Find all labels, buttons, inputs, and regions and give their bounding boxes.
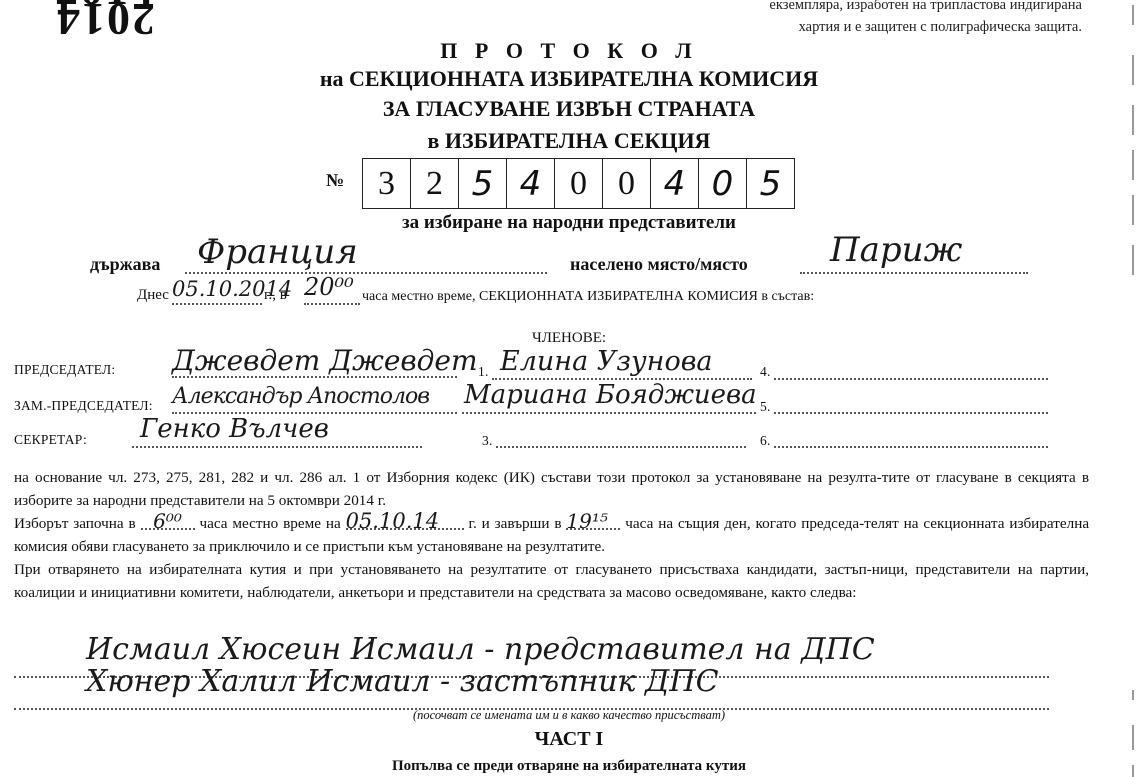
protocol-title-line2: на СЕКЦИОННАТА ИЗБИРАТЕЛНА КОМИСИЯ xyxy=(0,66,1138,92)
place-value: Париж xyxy=(830,230,962,270)
member-3-field[interactable] xyxy=(496,434,746,448)
chairman-value: Джевдет Джевдет xyxy=(172,344,478,377)
date-prefix: Днес xyxy=(137,287,169,304)
start-text: Изборът започна в xyxy=(14,515,136,532)
protocol-title: П Р О Т О К О Л xyxy=(0,38,1138,64)
scan-edge-mark xyxy=(1132,690,1134,700)
deputy-value: Александър Апостолов xyxy=(172,384,429,409)
scan-edge-mark xyxy=(1132,105,1134,135)
deputy-label: ЗАМ.-ПРЕДСЕДАТЕЛ: xyxy=(14,398,153,414)
section-digit-box[interactable]: 2 xyxy=(411,159,459,208)
member-num: 1. xyxy=(478,364,489,380)
attendance-paragraph: При отварянето на избирателната кутия и … xyxy=(14,558,1089,604)
corner-note-line: екземпляра, изработен на трипластова инд… xyxy=(769,0,1082,16)
legal-basis-paragraph: на основание чл. 273, 275, 281, 282 и чл… xyxy=(14,466,1089,512)
section-digit-box[interactable]: 0 xyxy=(699,159,747,208)
section-digit-box[interactable]: 0 xyxy=(555,159,603,208)
protocol-title-line3: ЗА ГЛАСУВАНЕ ИЗВЪН СТРАНАТА xyxy=(0,96,1138,122)
place-field[interactable]: Париж xyxy=(800,252,1028,274)
voting-times-paragraph: Изборът започна в 6⁰⁰ часа местно време … xyxy=(14,512,1089,558)
corner-note-line: хартия и е защитен с полиграфическа защи… xyxy=(769,16,1082,38)
chairman-label: ПРЕДСЕДАТЕЛ: xyxy=(14,362,115,378)
attendee-line-2[interactable]: Хюнер Халил Исмаил - застъпник ДПС xyxy=(14,690,1049,710)
members-heading: ЧЛЕНОВЕ: xyxy=(0,330,1138,347)
end-time-field[interactable]: 19¹⁵ xyxy=(566,514,620,530)
member-1-value: Елина Узунова xyxy=(500,346,713,377)
time-value: 20⁰⁰ xyxy=(304,273,354,301)
part-title: ЧАСТ I xyxy=(0,728,1138,751)
scan-edge-mark xyxy=(1132,150,1134,180)
protocol-title-line4: в ИЗБИРАТЕЛНА СЕКЦИЯ xyxy=(0,128,1138,154)
section-digit-box[interactable]: 3 xyxy=(363,159,411,208)
place-label: населено място/място xyxy=(570,254,748,275)
scan-edge-mark xyxy=(1132,5,1134,25)
scan-edge-mark xyxy=(1132,245,1134,275)
member-1-field[interactable]: Елина Узунова xyxy=(492,364,752,380)
country-value: Франция xyxy=(197,232,358,272)
part-subtitle: Попълва се преди отваряне на избирателна… xyxy=(0,758,1138,775)
country-field[interactable]: Франция xyxy=(185,252,547,274)
member-5-field[interactable] xyxy=(774,400,1048,414)
section-digit-box[interactable]: 4 xyxy=(507,159,555,208)
member-num: 6. xyxy=(760,433,771,449)
secretary-label: СЕКРЕТАР: xyxy=(14,432,87,448)
section-digit-box[interactable]: 4 xyxy=(651,159,699,208)
attendees-caption: (посочват се имената им и в какво качест… xyxy=(0,708,1138,723)
scan-edge-mark xyxy=(1132,765,1134,777)
scan-edge-mark xyxy=(1132,725,1134,750)
start-mid-text: часа местно време на xyxy=(199,515,340,532)
section-number-boxes: 325400405 xyxy=(362,158,795,209)
scan-edge-mark xyxy=(1132,55,1134,85)
member-2-value: Мариана Бояджиева xyxy=(464,380,757,410)
start-hour-field[interactable]: 6⁰⁰ xyxy=(141,514,195,530)
member-num: 3. xyxy=(482,433,493,449)
member-6-field[interactable] xyxy=(774,434,1048,448)
chairman-field[interactable]: Джевдет Джевдет xyxy=(172,362,457,378)
section-digit-box[interactable]: 5 xyxy=(459,159,507,208)
date-year-suffix: г., в xyxy=(264,287,287,304)
section-digit-box[interactable]: 0 xyxy=(603,159,651,208)
member-num: 5. xyxy=(760,399,771,415)
attendee-2: Хюнер Халил Исмаил - застъпник ДПС xyxy=(86,664,719,699)
section-digit-box[interactable]: 5 xyxy=(747,159,794,208)
corner-note: екземпляра, изработен на трипластова инд… xyxy=(769,0,1082,38)
country-label: държава xyxy=(90,254,160,275)
member-4-field[interactable] xyxy=(774,366,1048,380)
end-mid-text: г. и завърши в xyxy=(468,515,561,532)
election-subtitle: за избиране на народни представители xyxy=(0,212,1138,234)
deputy-field[interactable]: Александър Апостолов xyxy=(172,398,457,414)
member-num: 4. xyxy=(760,364,771,380)
year-stamp-inverted: 2014 xyxy=(55,0,155,42)
date-field[interactable]: 05.10.2014 xyxy=(172,287,262,305)
secretary-value: Генко Вълчев xyxy=(140,414,329,444)
section-number-label: № xyxy=(326,170,344,191)
start-date-field[interactable]: 05.10.14 xyxy=(346,514,464,530)
secretary-field[interactable]: Генко Вълчев xyxy=(132,432,422,448)
time-field[interactable]: 20⁰⁰ xyxy=(304,287,360,305)
date-suffix: часа местно време, СЕКЦИОННАТА ИЗБИРАТЕЛ… xyxy=(362,289,814,305)
member-2-field[interactable]: Мариана Бояджиева xyxy=(462,398,756,414)
scan-edge-mark xyxy=(1132,195,1134,225)
attendee-1: Исмаил Хюсеин Исмаил - представител на Д… xyxy=(86,632,875,667)
